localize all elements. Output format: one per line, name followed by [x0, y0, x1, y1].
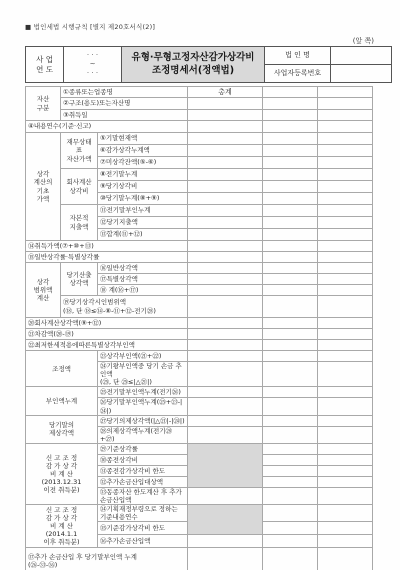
- row-label-33: ㉝동종자산 한도계산 후 추가손금산입액: [98, 487, 188, 504]
- value-cell: [318, 454, 373, 465]
- row-label-36: ㊱추가손금산입액: [98, 535, 188, 548]
- row-label-24: ㉔기왕부인액중 당기 손금 추인액 (㉕, 단 ㉕≤|△㉑|): [98, 362, 188, 387]
- row-label-21: ㉑차감액(⑳-⑲): [26, 329, 188, 340]
- value-cell: [188, 241, 263, 252]
- value-cell: [188, 329, 263, 340]
- form-title: 유형·무형고정자산감가상각비 조정명세서(정액법): [122, 47, 265, 83]
- value-cell: [188, 548, 263, 570]
- value-cell: [188, 145, 263, 157]
- value-cell: [263, 217, 318, 229]
- row-label-16: ⑯일반상각액: [98, 263, 188, 274]
- value-cell: [188, 98, 263, 110]
- value-cell: [263, 487, 318, 504]
- value-cell: [263, 110, 318, 121]
- value-cell: [188, 121, 263, 133]
- value-cell: [318, 522, 373, 535]
- value-cell: [188, 340, 263, 351]
- subsection-header-capital-exp: 자본적 지출액: [61, 205, 98, 241]
- value-cell: [263, 443, 318, 454]
- value-cell: [318, 487, 373, 504]
- value-cell: [263, 241, 318, 252]
- row-label-27: ㉗당기의제상각액(|△㉑|-|㉔|): [98, 415, 188, 426]
- value-cell: [188, 217, 263, 229]
- value-cell: [188, 487, 263, 504]
- row-label-04: ④내용연수(기준·신고): [26, 121, 188, 133]
- value-cell: [318, 205, 373, 217]
- row-label-02: ②구조(용도)또는자산명: [61, 98, 188, 110]
- business-year-period: · · · ~ · · ·: [64, 47, 122, 83]
- subsection-header-company-dep: 회사계산 상각비: [61, 169, 98, 205]
- value-cell: [188, 535, 263, 548]
- row-label-28: ㉘의제상각액누계(전기㉘+㉗): [98, 426, 188, 443]
- section-header-deemed-dep: 당기말의 제상각액: [26, 415, 98, 443]
- value-cell: [263, 145, 318, 157]
- scanned-form-page: ■ 법인세법 시행규칙 [별지 제20호서식(2)] (앞 쪽) 사 업 연 도…: [0, 0, 400, 570]
- value-cell: [318, 217, 373, 229]
- row-label-07: ⑦미상각잔액(⑤-⑥): [98, 157, 188, 169]
- value-cell: [263, 252, 318, 263]
- row-label-37: ㊲추가 손금산입 후 당기말부인액 누계 (㉖-㉝-㊱): [26, 548, 188, 570]
- row-label-12: ⑫당기지출액: [98, 217, 188, 229]
- value-cell: [188, 426, 263, 443]
- value-cell: [188, 263, 263, 274]
- row-label-06: ⑥감가상각누계액: [98, 145, 188, 157]
- row-label-20: ⑳회사계산상각액(⑨+⑫): [26, 318, 188, 329]
- row-label-19: ⑲당기상각시인범위액 (⑱, 단 ⑱≤⑭-⑧-⑪+⑫-전기㉘): [61, 296, 188, 318]
- value-cell: [188, 285, 263, 296]
- value-cell: [318, 535, 373, 548]
- section-header-calc-base: 상각 계산의 기초 가액: [26, 133, 61, 241]
- value-cell: [318, 548, 373, 570]
- value-cell: [318, 318, 373, 329]
- value-cell: [263, 351, 318, 362]
- section-header-adj2014: 신 고 조 정 감 가 상 각 비 계 산 (2014.1.1 이후 취득분): [26, 505, 98, 548]
- value-cell: [318, 443, 373, 454]
- value-cell: [318, 362, 373, 387]
- row-label-17: ⑰특별상각액: [98, 274, 188, 285]
- value-cell: [318, 415, 373, 426]
- value-cell: [263, 169, 318, 181]
- value-cell: [318, 351, 373, 362]
- value-cell: [263, 476, 318, 487]
- value-cell: [188, 133, 263, 145]
- row-label-32: ㉜추가손금산입대상액: [98, 476, 188, 487]
- row-label-30: ㉚종전상각비: [98, 454, 188, 465]
- value-cell: [263, 181, 318, 193]
- section-header-denied-accum: 부인액누계: [26, 387, 98, 415]
- value-cell: [318, 426, 373, 443]
- value-cell: [263, 133, 318, 145]
- value-cell: [318, 193, 373, 205]
- value-cell: [263, 465, 318, 476]
- value-cell: [263, 318, 318, 329]
- section-header-adjustment: 조정액: [26, 351, 98, 387]
- row-label-26: ㉖당기말부인액누계(㉕+㉓-|㉔|): [98, 398, 188, 415]
- value-cell: [263, 157, 318, 169]
- value-cell: [318, 476, 373, 487]
- row-label-25: ㉕전기말부인액누계(전기㉖): [98, 387, 188, 398]
- value-cell: [263, 387, 318, 398]
- value-cell: [318, 387, 373, 398]
- value-cell: [263, 121, 318, 133]
- value-cell: [188, 193, 263, 205]
- row-label-18: ⑱ 계(⑯+⑰): [98, 285, 188, 296]
- value-cell: [188, 252, 263, 263]
- corp-name-label: 법 인 명: [265, 47, 331, 65]
- value-cell: [318, 340, 373, 351]
- subsection-header-bs-asset: 재무상태 표 자산가액: [61, 133, 98, 169]
- value-cell: [263, 415, 318, 426]
- value-cell: [263, 263, 318, 274]
- row-label-29: ㉙기준상각률: [98, 443, 188, 454]
- value-cell: [188, 181, 263, 193]
- page-side-label: (앞 쪽): [353, 36, 374, 46]
- value-cell: [263, 205, 318, 217]
- value-cell: [188, 110, 263, 121]
- section-header-asset-class: 자산 구분: [26, 87, 61, 121]
- value-cell: [263, 548, 318, 570]
- form-reference-text: ■ 법인세법 시행규칙 [별지 제20호서식(2)]: [25, 22, 155, 31]
- value-cell: [263, 398, 318, 415]
- row-label-35: ㉟기준감가상각비 한도: [98, 522, 188, 535]
- value-cell: [318, 274, 373, 285]
- value-cell: [188, 415, 263, 426]
- value-cell: [318, 398, 373, 415]
- value-cell: [318, 87, 373, 98]
- row-label-01: ①종류또는업종명: [61, 87, 188, 98]
- shaded-na-cell: [188, 443, 263, 487]
- value-cell: [263, 362, 318, 387]
- value-cell: [263, 340, 318, 351]
- value-cell: [188, 296, 263, 318]
- row-label-34: ㉞기획재정부령으로 정하는 기준내용연수: [98, 505, 188, 522]
- row-label-11: ⑪전기말부인누계: [98, 205, 188, 217]
- value-cell: [188, 229, 263, 241]
- biz-reg-no-value: [331, 65, 392, 83]
- value-cell: [318, 263, 373, 274]
- value-cell: [188, 205, 263, 217]
- section-header-adj2013: 신 고 조 정 감 가 상 각 비 계 산 (2013.12.31 이전 취득분…: [26, 443, 98, 504]
- section-header-scope-calc: 상각 범위액 계산: [26, 263, 61, 318]
- value-cell: [263, 329, 318, 340]
- value-cell: [263, 522, 318, 535]
- business-year-label: 사 업 연 도: [26, 47, 64, 83]
- value-cell: [188, 157, 263, 169]
- value-cell: [318, 296, 373, 318]
- row-label-15: ⑮일반상각률·특별상각률: [26, 252, 188, 263]
- value-cell: [263, 535, 318, 548]
- value-cell: [318, 169, 373, 181]
- biz-reg-no-label: 사업자등록번호: [265, 65, 331, 83]
- row-label-23: ㉓상각부인액(㉑+㉒): [98, 351, 188, 362]
- value-cell: [188, 362, 263, 387]
- value-cell: [263, 87, 318, 98]
- row-label-08: ⑧전기말누계: [98, 169, 188, 181]
- value-cell: [188, 274, 263, 285]
- value-cell: [318, 329, 373, 340]
- value-cell: [318, 505, 373, 522]
- value-cell: [318, 145, 373, 157]
- value-cell: [188, 318, 263, 329]
- value-cell: [318, 229, 373, 241]
- row-label-14: ⑭취득가액(⑦+⑩+⑬): [26, 241, 188, 252]
- value-cell: [318, 285, 373, 296]
- value-cell: [263, 454, 318, 465]
- value-cell: [318, 465, 373, 476]
- value-cell: [318, 98, 373, 110]
- value-cell: [318, 241, 373, 252]
- value-cell: [263, 426, 318, 443]
- value-cell: [318, 121, 373, 133]
- depreciation-detail-table: 자산 구분 ①종류또는업종명 총계 ②구조(용도)또는자산명 ③취득일 ④내용연…: [25, 86, 373, 570]
- total-column-header: 총계: [188, 87, 263, 98]
- value-cell: [318, 110, 373, 121]
- subsection-header-current-calc: 당기산출 상각액: [61, 263, 98, 296]
- value-cell: [263, 193, 318, 205]
- corp-name-value: [331, 47, 392, 65]
- value-cell: [318, 157, 373, 169]
- row-label-03: ③취득일: [61, 110, 188, 121]
- value-cell: [318, 133, 373, 145]
- value-cell: [188, 387, 263, 398]
- value-cell: [188, 351, 263, 362]
- value-cell: [188, 398, 263, 415]
- value-cell: [263, 296, 318, 318]
- row-label-10: ⑩당기말누계(⑧+⑨): [98, 193, 188, 205]
- value-cell: [263, 98, 318, 110]
- value-cell: [263, 229, 318, 241]
- form-header-table: 사 업 연 도 · · · ~ · · · 유형·무형고정자산감가상각비 조정명…: [25, 46, 392, 83]
- value-cell: [263, 285, 318, 296]
- row-label-13: ⑬합계(⑪+⑫): [98, 229, 188, 241]
- row-label-05: ⑤기말현재액: [98, 133, 188, 145]
- value-cell: [318, 252, 373, 263]
- shaded-na-cell: [188, 505, 263, 535]
- row-label-31: ㉛종전감가상각비 한도: [98, 465, 188, 476]
- value-cell: [188, 169, 263, 181]
- row-label-09: ⑨당기상각비: [98, 181, 188, 193]
- value-cell: [263, 505, 318, 522]
- value-cell: [318, 181, 373, 193]
- value-cell: [263, 274, 318, 285]
- row-label-22: ㉒최저한세적용에따른특별상각부인액: [26, 340, 188, 351]
